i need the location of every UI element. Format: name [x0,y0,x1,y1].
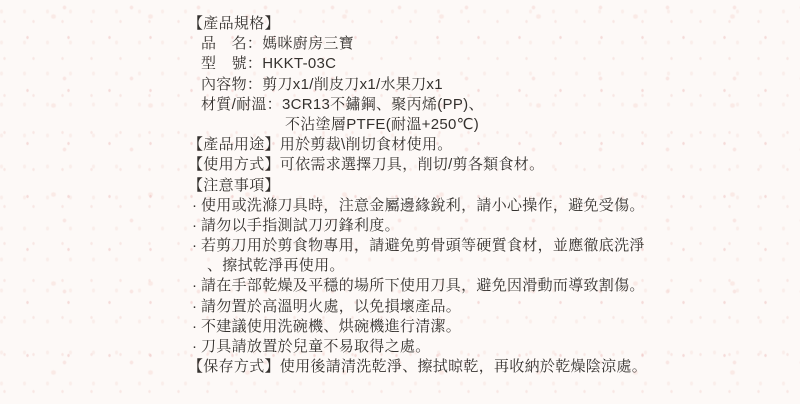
material-temp-line-continued: 不沾塗層PTFE(耐溫+250℃) [188,115,647,135]
model-number-line: 型 號：HKKT-03C [188,54,647,74]
bullet-dot-icon: · [192,317,201,337]
notice-item: ·請在手部乾燥及平穩的場所下使用刀具，避免因滑動而導致割傷。 [188,276,647,296]
notices-section-header: 【注意事項】 [188,176,647,196]
contents-line: 內容物：剪刀x1/削皮刀x1/水果刀x1 [188,75,647,95]
product-spec-sheet: 【產品規格】 品 名：媽咪廚房三寶 型 號：HKKT-03C 內容物：剪刀x1/… [188,14,647,377]
bullet-dot-icon: · [192,337,201,357]
product-name-line: 品 名：媽咪廚房三寶 [188,34,647,54]
notice-item-text: 刀具請放置於兒童不易取得之處。 [201,338,431,355]
material-temp-line: 材質/耐溫：3CR13不鏽鋼、聚丙烯(PP)、 [188,95,647,115]
notice-item-text: 請在手部乾燥及平穩的場所下使用刀具，避免因滑動而導致割傷。 [201,277,645,294]
notice-item: ·使用或洗滌刀具時，注意金屬邊緣銳利，請小心操作，避免受傷。 [188,196,647,216]
notice-item: ·刀具請放置於兒童不易取得之處。 [188,337,647,357]
spec-section-header: 【產品規格】 [188,14,647,34]
notice-item-text: 不建議使用洗碗機、烘碗機進行清潔。 [201,318,461,335]
notice-item: ·若剪刀用於剪食物專用，請避免剪骨頭等硬質食材，並應徹底洗淨 [188,236,647,256]
notice-item: ·不建議使用洗碗機、烘碗機進行清潔。 [188,317,647,337]
bullet-dot-icon: · [192,297,201,317]
usage-method-line: 【使用方式】可依需求選擇刀具，削切/剪各類食材。 [188,155,647,175]
storage-method-line: 【保存方式】使用後請清洗乾淨、擦拭晾乾，再收納於乾燥陰涼處。 [188,357,647,377]
bullet-dot-icon: · [192,216,201,236]
product-purpose-line: 【產品用途】用於剪裁\削切食材使用。 [188,135,647,155]
notice-item-continuation: 、擦拭乾淨再使用。 [188,256,647,276]
bullet-dot-icon: · [192,196,201,216]
notice-item-text: 請勿以手指測試刀刃鋒利度。 [201,217,400,234]
notice-item-text: 請勿置於高溫明火處，以免損壞產品。 [201,298,461,315]
bullet-dot-icon: · [192,276,201,296]
bullet-dot-icon: · [192,236,201,256]
notice-item-text: 使用或洗滌刀具時，注意金屬邊緣銳利，請小心操作，避免受傷。 [201,197,645,214]
notice-item: ·請勿置於高溫明火處，以免損壞產品。 [188,297,647,317]
notice-item-text: 若剪刀用於剪食物專用，請避免剪骨頭等硬質食材，並應徹底洗淨 [201,237,645,254]
notice-item: ·請勿以手指測試刀刃鋒利度。 [188,216,647,236]
